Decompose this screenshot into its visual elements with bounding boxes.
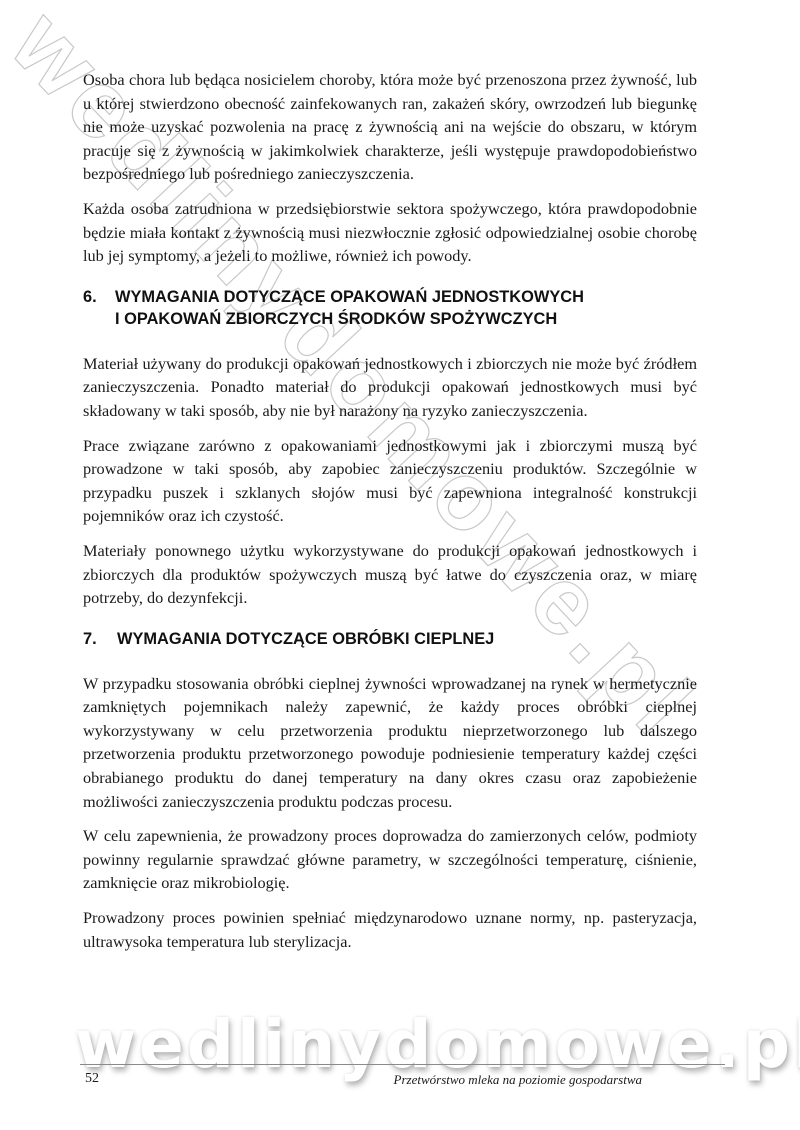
section-title: WYMAGANIA DOTYCZĄCE OPAKOWAŃ JEDNOSTKOWY… [115,286,584,330]
paragraph: Materiały ponownego użytku wykorzystywan… [83,539,697,610]
page-number: 52 [85,1071,99,1087]
document-page: wedlinydomowe.pl Osoba chora lub będąca … [0,0,800,1130]
paragraph: Prowadzony proces powinien spełniać międ… [83,906,697,953]
paragraph: Materiał używany do produkcji opakowań j… [83,352,697,423]
footer-divider [80,1064,725,1065]
section-number: 6. [83,286,115,330]
page-content: Osoba chora lub będąca nosicielem chorob… [83,68,697,964]
running-footer-title: Przetwórstwo mleka na poziomie gospodars… [394,1072,642,1088]
section-title-line-1: WYMAGANIA DOTYCZĄCE OPAKOWAŃ JEDNOSTKOWY… [115,288,584,306]
paragraph: Każda osoba zatrudniona w przedsiębiorst… [83,197,697,268]
section-6-heading: 6. WYMAGANIA DOTYCZĄCE OPAKOWAŃ JEDNOSTK… [83,286,697,330]
section-7-heading: 7. WYMAGANIA DOTYCZĄCE OBRÓBKI CIEPLNEJ [83,628,697,650]
paragraph: Osoba chora lub będąca nosicielem chorob… [83,68,697,186]
paragraph: W przypadku stosowania obróbki cieplnej … [83,672,697,814]
section-title-line-2: I OPAKOWAŃ ZBIORCZYCH ŚRODKÓW SPOŻYWCZYC… [115,310,557,328]
section-title: WYMAGANIA DOTYCZĄCE OBRÓBKI CIEPLNEJ [117,628,494,650]
section-number: 7. [83,628,117,650]
paragraph: W celu zapewnienia, że prowadzony proces… [83,824,697,895]
paragraph: Prace związane zarówno z opakowaniami je… [83,434,697,528]
